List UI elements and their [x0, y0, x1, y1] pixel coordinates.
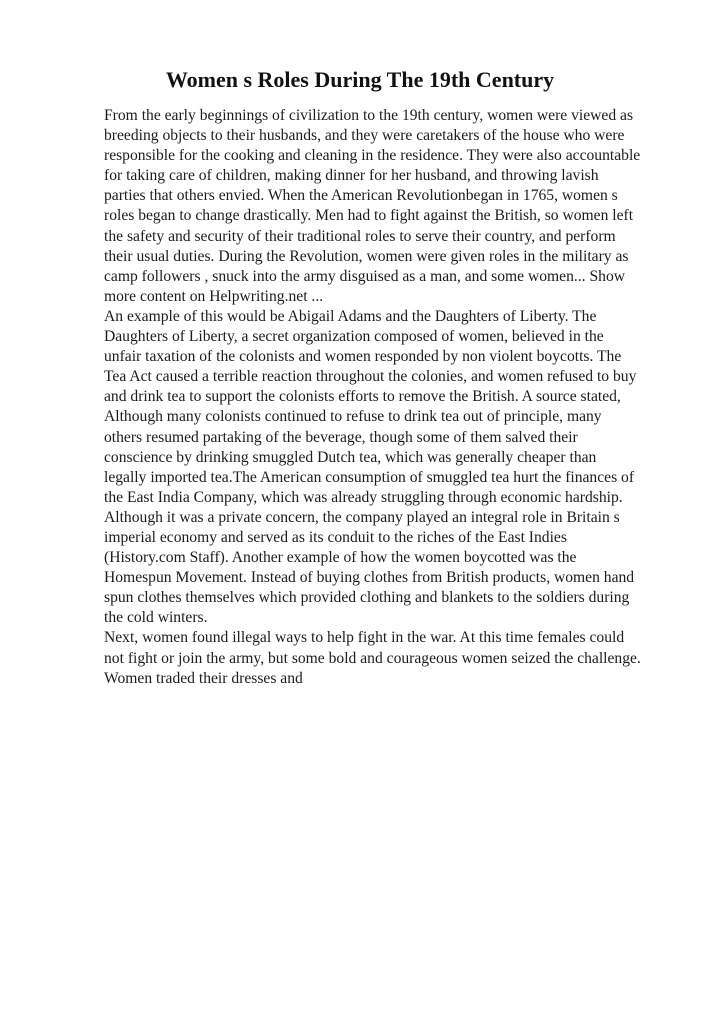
body-line: Although it was a private concern, the c…: [104, 508, 664, 528]
body-line: Although many colonists continued to ref…: [104, 407, 664, 427]
body-line: others resumed partaking of the beverage…: [104, 428, 664, 448]
body-line: Women traded their dresses and: [104, 669, 664, 689]
body-line: camp followers , snuck into the army dis…: [104, 267, 664, 287]
body-line: (History.com Staff). Another example of …: [104, 548, 664, 568]
body-line: spun clothes themselves which provided c…: [104, 588, 664, 608]
document-title: Women s Roles During The 19th Century: [0, 67, 720, 93]
body-line: conscience by drinking smuggled Dutch te…: [104, 448, 664, 468]
body-line: their usual duties. During the Revolutio…: [104, 247, 664, 267]
body-line: unfair taxation of the colonists and wom…: [104, 347, 664, 367]
body-line: From the early beginnings of civilizatio…: [104, 106, 664, 126]
body-line: An example of this would be Abigail Adam…: [104, 307, 664, 327]
document-body: From the early beginnings of civilizatio…: [104, 106, 664, 689]
body-line: Tea Act caused a terrible reaction throu…: [104, 367, 664, 387]
body-line: responsible for the cooking and cleaning…: [104, 146, 664, 166]
body-line: for taking care of children, making dinn…: [104, 166, 664, 186]
body-line: the safety and security of their traditi…: [104, 227, 664, 247]
body-line: parties that others envied. When the Ame…: [104, 186, 664, 206]
body-line: Homespun Movement. Instead of buying clo…: [104, 568, 664, 588]
body-line: imperial economy and served as its condu…: [104, 528, 664, 548]
document-page: Women s Roles During The 19th Century Fr…: [0, 0, 720, 1018]
body-line: legally imported tea.The American consum…: [104, 468, 664, 488]
body-line: not fight or join the army, but some bol…: [104, 649, 664, 669]
body-line: the East India Company, which was alread…: [104, 488, 664, 508]
body-line: roles began to change drastically. Men h…: [104, 206, 664, 226]
body-line: Next, women found illegal ways to help f…: [104, 628, 664, 648]
body-line: more content on Helpwriting.net ...: [104, 287, 664, 307]
body-line: Daughters of Liberty, a secret organizat…: [104, 327, 664, 347]
body-line: breeding objects to their husbands, and …: [104, 126, 664, 146]
body-line: and drink tea to support the colonists e…: [104, 387, 664, 407]
body-line: the cold winters.: [104, 608, 664, 628]
